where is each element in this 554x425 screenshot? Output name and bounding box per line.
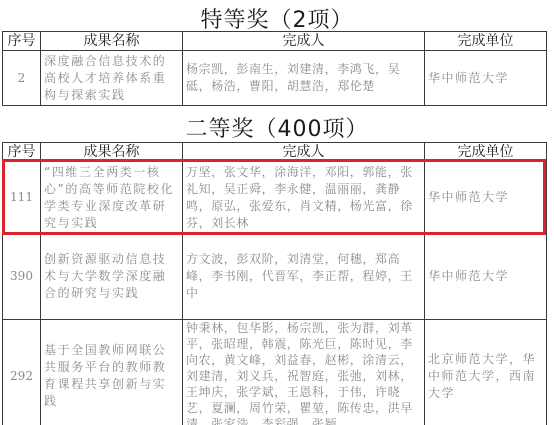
table-header-row: 序号 成果名称 完成人 完成单位 [3, 32, 547, 51]
row-unit: 华中师范大学 [425, 162, 547, 234]
header-title: 成果名称 [41, 143, 183, 162]
row-no: 292 [3, 320, 41, 425]
row-title: 基于全国教师网联公共服务平台的教师教育课程共享创新与实践 [41, 320, 183, 425]
row-people: 杨宗凯，彭南生，刘建清，李鸿飞，吴砥，杨浩，曹阳，胡慧浩，郑伦楚 [183, 51, 425, 106]
second-prize-table: 序号 成果名称 完成人 完成单位 111 “四维三全两类一核心”的高等师范院校化… [2, 142, 547, 425]
table-row: 292 基于全国教师网联公共服务平台的教师教育课程共享创新与实践 钟秉林，包华影… [3, 320, 547, 425]
row-people: 方文波，彭双阶，刘清堂，何穗，郑高峰，李书刚，代晋军，李正帮，程婷，王中 [183, 234, 425, 320]
row-unit: 北京师范大学，华中师范大学，西南大学 [425, 320, 547, 425]
row-unit: 华中师范大学 [425, 51, 547, 106]
header-unit: 完成单位 [425, 143, 547, 162]
row-title: 创新资源驱动信息技术与大学数学深度融合的研究与实践 [41, 234, 183, 320]
header-people: 完成人 [183, 32, 425, 51]
row-title: “四维三全两类一核心”的高等师范院校化学类专业深度改革研究与实践 [41, 162, 183, 234]
table-header-row: 序号 成果名称 完成人 完成单位 [3, 143, 547, 162]
row-no: 111 [3, 162, 41, 234]
row-no: 2 [3, 51, 41, 106]
header-people: 完成人 [183, 143, 425, 162]
header-unit: 完成单位 [425, 32, 547, 51]
row-title: 深度融合信息技术的高校人才培养体系重构与探索实践 [41, 51, 183, 106]
row-people: 万坚，张文华，涂海洋，邓阳，郭能，张礼知，吴正舜，李永健，温丽丽，龚静鸣，原弘，… [183, 162, 425, 234]
table-row: 390 创新资源驱动信息技术与大学数学深度融合的研究与实践 方文波，彭双阶，刘清… [3, 234, 547, 320]
header-no: 序号 [3, 143, 41, 162]
section-title-special-prize: 特等奖（2项） [0, 3, 554, 34]
header-no: 序号 [3, 32, 41, 51]
section-title-second-prize: 二等奖（400项） [0, 112, 554, 143]
special-prize-table: 序号 成果名称 完成人 完成单位 2 深度融合信息技术的高校人才培养体系重构与探… [2, 31, 547, 106]
row-unit: 华中师范大学 [425, 234, 547, 320]
row-no: 390 [3, 234, 41, 320]
table-row: 2 深度融合信息技术的高校人才培养体系重构与探索实践 杨宗凯，彭南生，刘建清，李… [3, 51, 547, 106]
row-people: 钟秉林，包华影，杨宗凯，张为群，刘革平，张昭理，韩震，陈光巨，陈时见，李向农，黄… [183, 320, 425, 425]
table-row-highlighted: 111 “四维三全两类一核心”的高等师范院校化学类专业深度改革研究与实践 万坚，… [3, 162, 547, 234]
header-title: 成果名称 [41, 32, 183, 51]
